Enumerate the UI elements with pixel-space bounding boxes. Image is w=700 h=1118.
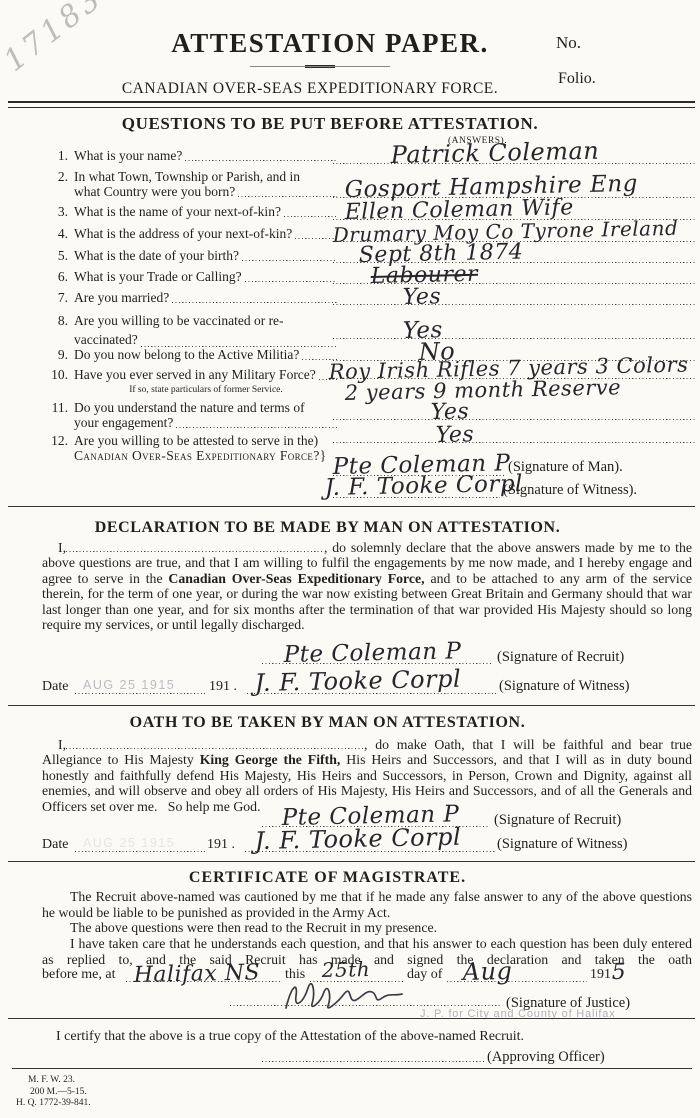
declaration-date-line: AUG 25 1915 [75,671,205,694]
declaration-recruit-line: Pte Coleman P [262,637,492,664]
name-blank-line [66,542,324,552]
questions-heading: QUESTIONS TO BE PUT BEFORE ATTESTATION. [0,114,660,134]
question-12: 12. Are you willing to be attested to se… [44,433,338,463]
answer-line-6: Labourer [333,262,695,284]
answer-willing-attested: Yes [435,422,474,448]
leader-dots [172,290,337,303]
question-6: 6. What is your Trade or Calling? [44,269,338,284]
declaration-witness-line: J. F. Tooke Corpl [247,666,496,694]
before-me-label: before me, at [42,967,115,983]
declaration-paragraph: I,, do solemnly declare that the above a… [42,540,692,632]
leader-dots [176,415,337,428]
leader-dots [242,248,337,261]
approving-officer-line [262,1041,484,1062]
question-3: 3. What is the name of your next-of-kin? [44,204,338,219]
answer-line-4: Drumary Moy Co Tyrone Ireland [333,219,695,242]
print-run: 200 M.—5-15. [30,1087,91,1099]
leader-dots [295,226,337,239]
oath-date-label: Date [42,837,68,853]
question-2: 2. In what Town, Township or Parish, and… [44,169,338,199]
section-rule-1 [8,506,695,510]
declaration-year-text: 191 . [209,679,237,695]
magistrate-heading: CERTIFICATE OF MAGISTRATE. [0,869,655,887]
declaration-recruit-signature: Pte Coleman P [283,638,461,668]
oath-recruit-label: (Signature of Recruit) [494,812,621,829]
declaration-date-label: Date [42,679,68,695]
bottom-rule [12,1068,692,1072]
section-rule-2 [8,705,695,709]
answer-line-2: Gosport Hampshire Eng [333,172,695,198]
month-line: Aug [447,960,587,982]
question-1: 1. What is your name? [44,148,338,163]
form-footer: M. F. W. 23. 200 M.—5-15. H. Q. 1772-39-… [16,1075,91,1110]
magistrate-para-1: The Recruit above-named was cautioned by… [42,889,692,920]
answer-line-11: Yes [333,392,695,420]
question-5: 5. What is the date of your birth? [44,248,338,263]
answer-name: Patrick Coleman [390,137,599,169]
question-8: 8. Are you willing to be vaccinated or r… [44,311,338,349]
subtitle: CANADIAN OVER-SEAS EXPEDITIONARY FORCE. [0,80,620,98]
name-blank-line [66,739,364,749]
title-divider [250,64,390,69]
no-label: No. [556,33,581,53]
declaration-witness-signature: J. F. Tooke Corpl [254,665,461,697]
question-10-note: If so, state particulars of former Servi… [74,383,338,398]
witness-signature-label: (Signature of Witness). [503,482,637,499]
place-line: Halifax NS [126,960,281,982]
hq-reference: H. Q. 1772-39-841. [16,1098,91,1110]
leader-dots [302,347,337,360]
man-signature-label: (Signature of Man). [508,459,623,476]
question-9: 9. Do you now belong to the Active Milit… [44,347,338,362]
question-10: 10. Have you ever served in any Military… [44,367,338,398]
witness-signature: J. F. Tooke Corpl [324,471,523,501]
leader-dots [185,148,337,161]
answer-line-12: Yes [333,417,695,443]
leader-dots [238,184,337,197]
declaration-date-stamp: AUG 25 1915 [83,678,175,692]
oath-heading: OATH TO BE TAKEN BY MAN ON ATTESTATION. [0,714,655,732]
approving-officer-label: (Approving Officer) [487,1049,605,1066]
oath-witness-line: J. F. Tooke Corpl [245,824,495,852]
leader-dots [245,269,337,282]
question-4: 4. What is the address of your next-of-k… [44,226,338,241]
attestation-paper-page: 17183 ATTESTATION PAPER. No. Folio. CANA… [0,0,700,1118]
year-prefix: 191 [590,967,611,983]
form-number: M. F. W. 23. [28,1075,91,1087]
oath-date-stamp: AUG 25 1915 [83,836,175,850]
oath-date-line: AUG 25 1915 [75,829,205,852]
question-7: 7. Are you married? [44,290,338,305]
oath-witness-label: (Signature of Witness) [497,836,627,853]
answer-line-7: Yes [333,283,695,305]
year-digit-handwriting: 5 [611,960,626,985]
section-rule-4 [8,1018,695,1022]
leader-dots [141,330,337,347]
magistrate-para-2: The above questions were then read to th… [42,920,692,936]
declaration-heading: DECLARATION TO BE MADE BY MAN ON ATTESTA… [0,519,655,537]
declaration-recruit-label: (Signature of Recruit) [497,649,624,666]
declaration-witness-label: (Signature of Witness) [499,678,629,695]
answer-line-5: Sept 8th 1874 [333,241,695,263]
witness-signature-line: J. F. Tooke Corpl [333,472,500,498]
section-rule-3 [8,861,695,865]
oath-year-text: 191 . [207,837,235,853]
question-11: 11. Do you understand the nature and ter… [44,400,338,430]
oath-witness-signature: J. F. Tooke Corpl [254,823,461,855]
answer-line-10: Roy Irish Rifles 7 years 3 Colors [333,354,695,379]
justice-signature-scrawl [282,974,422,1014]
header-rule [8,101,695,108]
answer-line-1: Patrick Coleman [333,141,695,164]
leader-dots [284,204,337,217]
